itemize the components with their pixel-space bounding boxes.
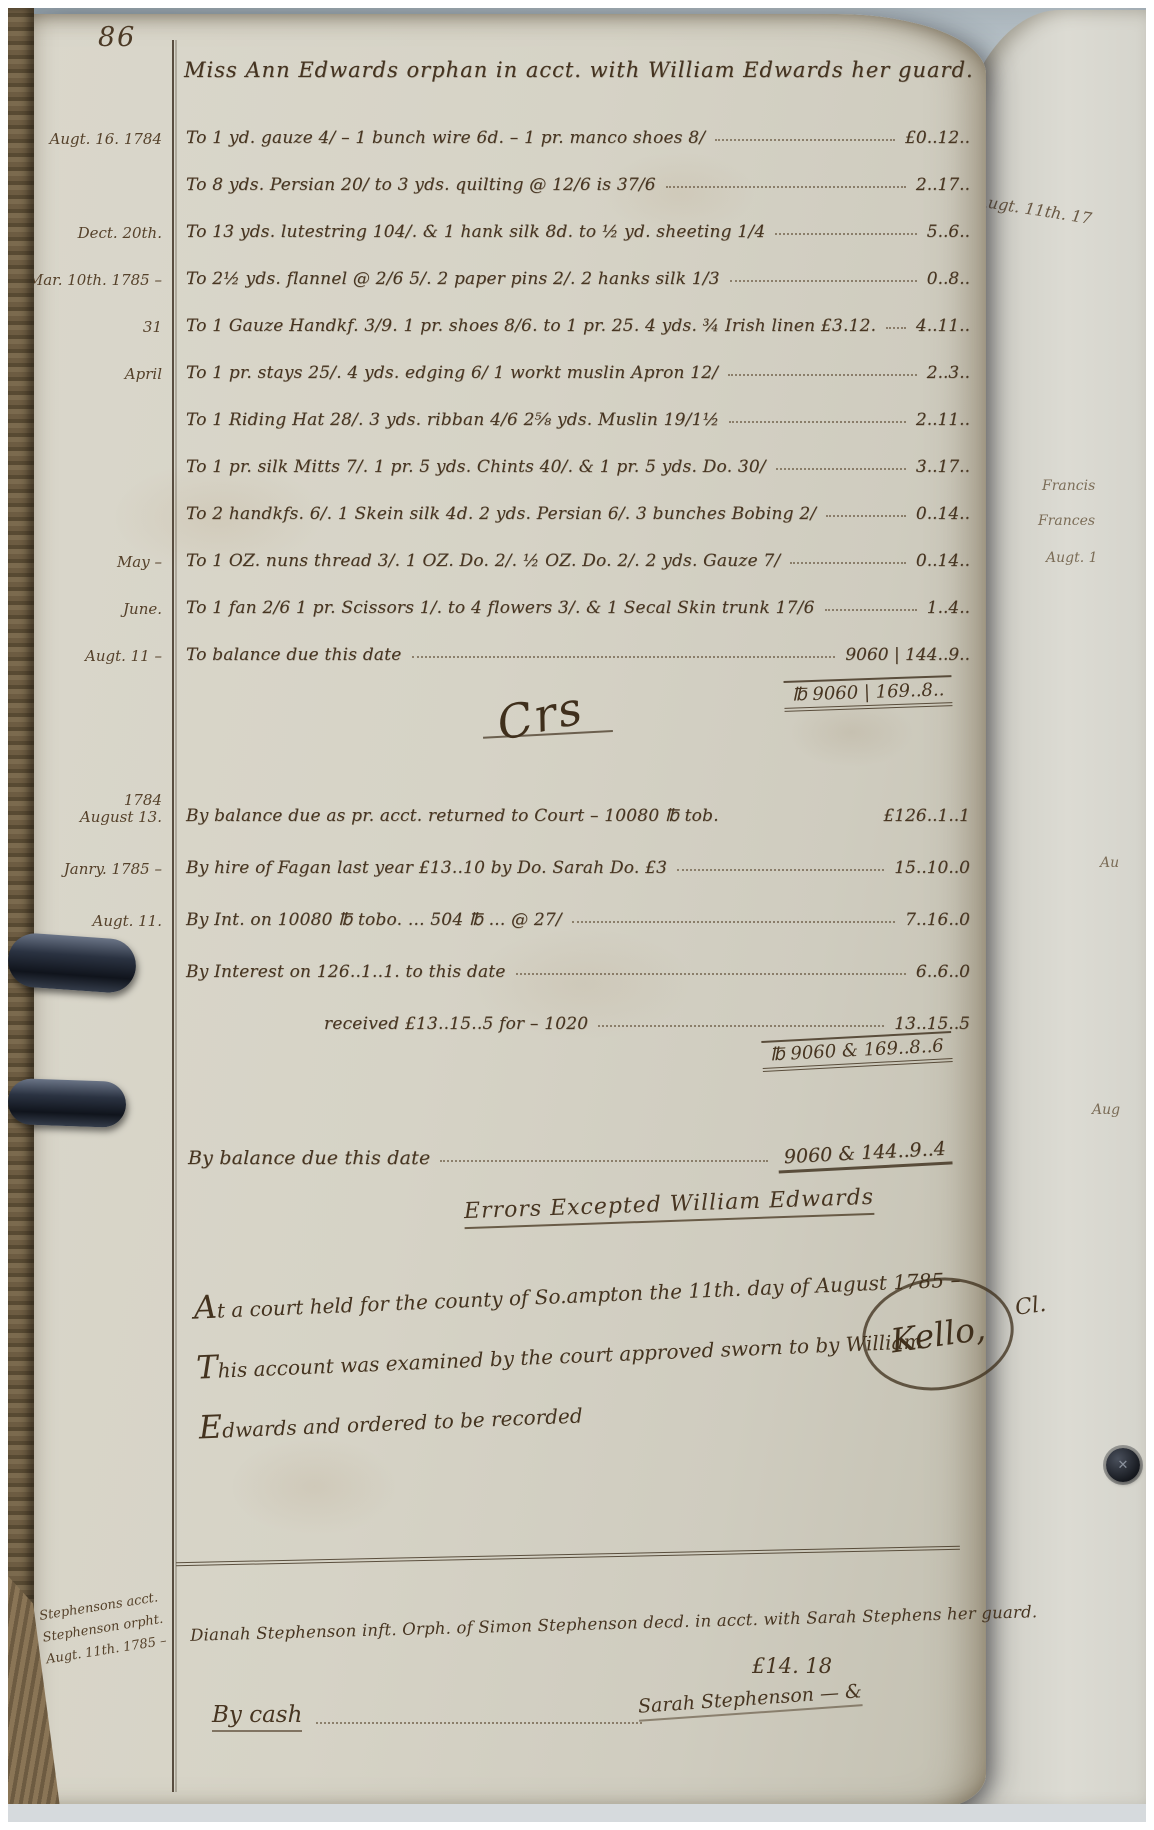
dot-leader xyxy=(316,1722,642,1724)
dot-leader xyxy=(790,562,906,564)
entry-amount: 7..16..0 xyxy=(905,910,970,930)
fastener-screw-icon xyxy=(1106,1448,1140,1482)
entry-description: To 13 yds. lutestring 104/. & 1 hank sil… xyxy=(174,222,765,242)
entry-amount: £0..12.. xyxy=(905,128,970,148)
photo-bottom-strip xyxy=(8,1804,1146,1822)
entry-description: To 1 Riding Hat 28/. 3 yds. ribban 4/6 2… xyxy=(174,410,719,430)
dot-leader xyxy=(572,921,895,923)
binder-prong xyxy=(8,932,138,995)
entry-amount: 6..6..0 xyxy=(916,962,970,982)
entry-date: June. xyxy=(26,601,174,618)
next-page-text-fragment: Augt. 11th. 17 xyxy=(975,191,1093,228)
dot-leader xyxy=(715,139,895,141)
entry-description: To 1 fan 2/6 1 pr. Scissors 1/. to 4 flo… xyxy=(174,598,815,618)
entry-description: By cash xyxy=(212,1702,302,1732)
entry-description: To 8 yds. Persian 20/ to 3 yds. quilting… xyxy=(174,175,656,195)
entry-amount: 9060 | 144..9.. xyxy=(845,645,970,665)
section-divider xyxy=(176,1546,960,1566)
entry-description: By balance due this date xyxy=(176,1147,430,1169)
entry-date: Mar. 10th. 1785 – xyxy=(26,272,174,289)
dot-leader xyxy=(412,656,836,658)
ledger-row: 31 To 1 Gauze Handkf. 3/9. 1 pr. shoes 8… xyxy=(26,296,970,336)
entry-date: Janry. 1785 – xyxy=(26,861,174,878)
dot-leader xyxy=(886,327,906,329)
entry-description: To 1 yd. gauze 4/ – 1 bunch wire 6d. – 1… xyxy=(174,128,705,148)
dot-leader xyxy=(728,374,917,376)
entry-amount: 1..4.. xyxy=(927,598,970,618)
entry-amount: 5..6.. xyxy=(927,222,970,242)
ledger-row: May – To 1 OZ. nuns thread 3/. 1 OZ. Do.… xyxy=(26,531,970,571)
next-page-text-fragment: Francis xyxy=(1042,478,1095,494)
entry-description: To 1 Gauze Handkf. 3/9. 1 pr. shoes 8/6.… xyxy=(174,316,876,336)
entry-description: By balance due as pr. acct. returned to … xyxy=(174,806,719,826)
ledger-row: Janry. 1785 – By hire of Fagan last year… xyxy=(26,838,970,878)
court-record: At a court held for the county of So.amp… xyxy=(193,1249,944,1460)
ledger-row: 1784 August 13. By balance due as pr. ac… xyxy=(26,786,970,826)
clerk-signature-suffix: Cl. xyxy=(1014,1292,1048,1321)
debit-total: ℔ 9060 | 169..8.. xyxy=(783,675,952,712)
dot-leader xyxy=(775,233,916,235)
ledger-row: Augt. 11. By Int. on 10080 ℔ tobo. ... 5… xyxy=(26,890,970,930)
ledger-row: Augt. 11 – To balance due this date 9060… xyxy=(26,625,970,665)
entry-date: Augt. 11. xyxy=(26,913,174,930)
entry-amount: 3..17.. xyxy=(916,457,970,477)
entry-description: To 1 OZ. nuns thread 3/. 1 OZ. Do. 2/. ½… xyxy=(174,551,780,571)
entry-description: received £13..15..5 for – 1020 xyxy=(174,1014,588,1034)
entry-amount: 15..10..0 xyxy=(894,858,970,878)
next-page-text-fragment: Augt. 1 xyxy=(1046,550,1098,566)
entry-amount: £126..1..1 xyxy=(883,806,970,826)
dot-leader xyxy=(776,468,906,470)
account-heading: Miss Ann Edwards orphan in acct. with Wi… xyxy=(184,58,974,82)
entry-date: 31 xyxy=(26,319,174,336)
entry-description: By Interest on 126..1..1. to this date xyxy=(174,962,506,982)
entry-date: May – xyxy=(26,554,174,571)
ledger-row: To 8 yds. Persian 20/ to 3 yds. quilting… xyxy=(26,155,970,195)
ledger-row: June. To 1 fan 2/6 1 pr. Scissors 1/. to… xyxy=(26,578,970,618)
photograph-background: Augt. 11th. 17 Francis Frances Augt. 1 A… xyxy=(8,8,1146,1822)
entry-amount: 4..11.. xyxy=(916,316,970,336)
ledger-row: received £13..15..5 for – 1020 13..15..5 xyxy=(26,994,970,1034)
entry-amount: 0..8.. xyxy=(927,269,970,289)
entry-description: To 2½ yds. flannel @ 2/6 5/. 2 paper pin… xyxy=(174,269,720,289)
dot-leader xyxy=(666,186,906,188)
ledger-row: Augt. 16. 1784 To 1 yd. gauze 4/ – 1 bun… xyxy=(26,108,970,148)
debit-entries: Augt. 16. 1784 To 1 yd. gauze 4/ – 1 bun… xyxy=(26,108,970,672)
ledger-row: Mar. 10th. 1785 – To 2½ yds. flannel @ 2… xyxy=(26,249,970,289)
binder-prong xyxy=(8,1078,127,1128)
dot-leader xyxy=(598,1025,884,1027)
dot-leader xyxy=(730,280,917,282)
entry-amount: 2..11.. xyxy=(916,410,970,430)
ledger-row: To 1 pr. silk Mitts 7/. 1 pr. 5 yds. Chi… xyxy=(26,437,970,477)
entry-description: By Int. on 10080 ℔ tobo. ... 504 ℔ ... @… xyxy=(174,910,562,930)
entry-amount: 9060 & 144..9..4 xyxy=(777,1137,952,1173)
next-page-text-fragment: Aug xyxy=(1092,1102,1120,1118)
ledger-page: 86 Miss Ann Edwards orphan in acct. with… xyxy=(26,14,986,1810)
credit-entries: 1784 August 13. By balance due as pr. ac… xyxy=(26,786,970,1046)
clerk-signature-name: Kello, xyxy=(888,1308,987,1360)
credits-section-marker: Crs xyxy=(492,675,612,745)
ledger-row: By Interest on 126..1..1. to this date 6… xyxy=(26,942,970,982)
entry-amount: 2..17.. xyxy=(916,175,970,195)
dot-leader xyxy=(825,609,917,611)
entry-date: Augt. 16. 1784 xyxy=(26,131,174,148)
entry-date: April xyxy=(26,366,174,383)
entry-amount: 0..14.. xyxy=(916,551,970,571)
next-page-text-fragment: Frances xyxy=(1038,513,1095,529)
errors-excepted-line: Errors Excepted William Edwards xyxy=(464,1185,875,1229)
dot-leader xyxy=(729,421,906,423)
next-account-heading: Dianah Stephenson inft. Orph. of Simon S… xyxy=(190,1602,1038,1645)
closing-balance-row: By balance due this date 9060 & 144..9..… xyxy=(176,1142,952,1169)
entry-description: To 1 pr. silk Mitts 7/. 1 pr. 5 yds. Chi… xyxy=(174,457,766,477)
dot-leader xyxy=(826,515,906,517)
next-page-text-fragment: Au xyxy=(1100,855,1119,871)
dot-leader xyxy=(677,869,884,871)
dot-leader xyxy=(440,1160,768,1162)
entry-amount: 2..3.. xyxy=(927,363,970,383)
entry-description: To 2 handkfs. 6/. 1 Skein silk 4d. 2 yds… xyxy=(174,504,816,524)
dot-leader xyxy=(516,973,906,975)
entry-amount: 0..14.. xyxy=(916,504,970,524)
ledger-row: To 1 Riding Hat 28/. 3 yds. ribban 4/6 2… xyxy=(26,390,970,430)
ledger-row: April To 1 pr. stays 25/. 4 yds. edging … xyxy=(26,343,970,383)
entry-date: 1784 August 13. xyxy=(26,792,174,826)
cash-entry-row: By cash xyxy=(212,1702,642,1732)
next-account-amount: £14. 18 xyxy=(752,1654,832,1678)
guardian-signature: Sarah Stephenson — & xyxy=(637,1680,863,1722)
book-spine-edge xyxy=(8,8,34,1806)
ledger-row: To 2 handkfs. 6/. 1 Skein silk 4d. 2 yds… xyxy=(26,484,970,524)
entry-description: To 1 pr. stays 25/. 4 yds. edging 6/ 1 w… xyxy=(174,363,718,383)
entry-date: Augt. 11 – xyxy=(26,648,174,665)
entry-date: Dect. 20th. xyxy=(26,225,174,242)
page-number: 86 xyxy=(98,22,136,53)
entry-description: By hire of Fagan last year £13..10 by Do… xyxy=(174,858,667,878)
ledger-row: Dect. 20th. To 13 yds. lutestring 104/. … xyxy=(26,202,970,242)
entry-description: To balance due this date xyxy=(174,645,402,665)
